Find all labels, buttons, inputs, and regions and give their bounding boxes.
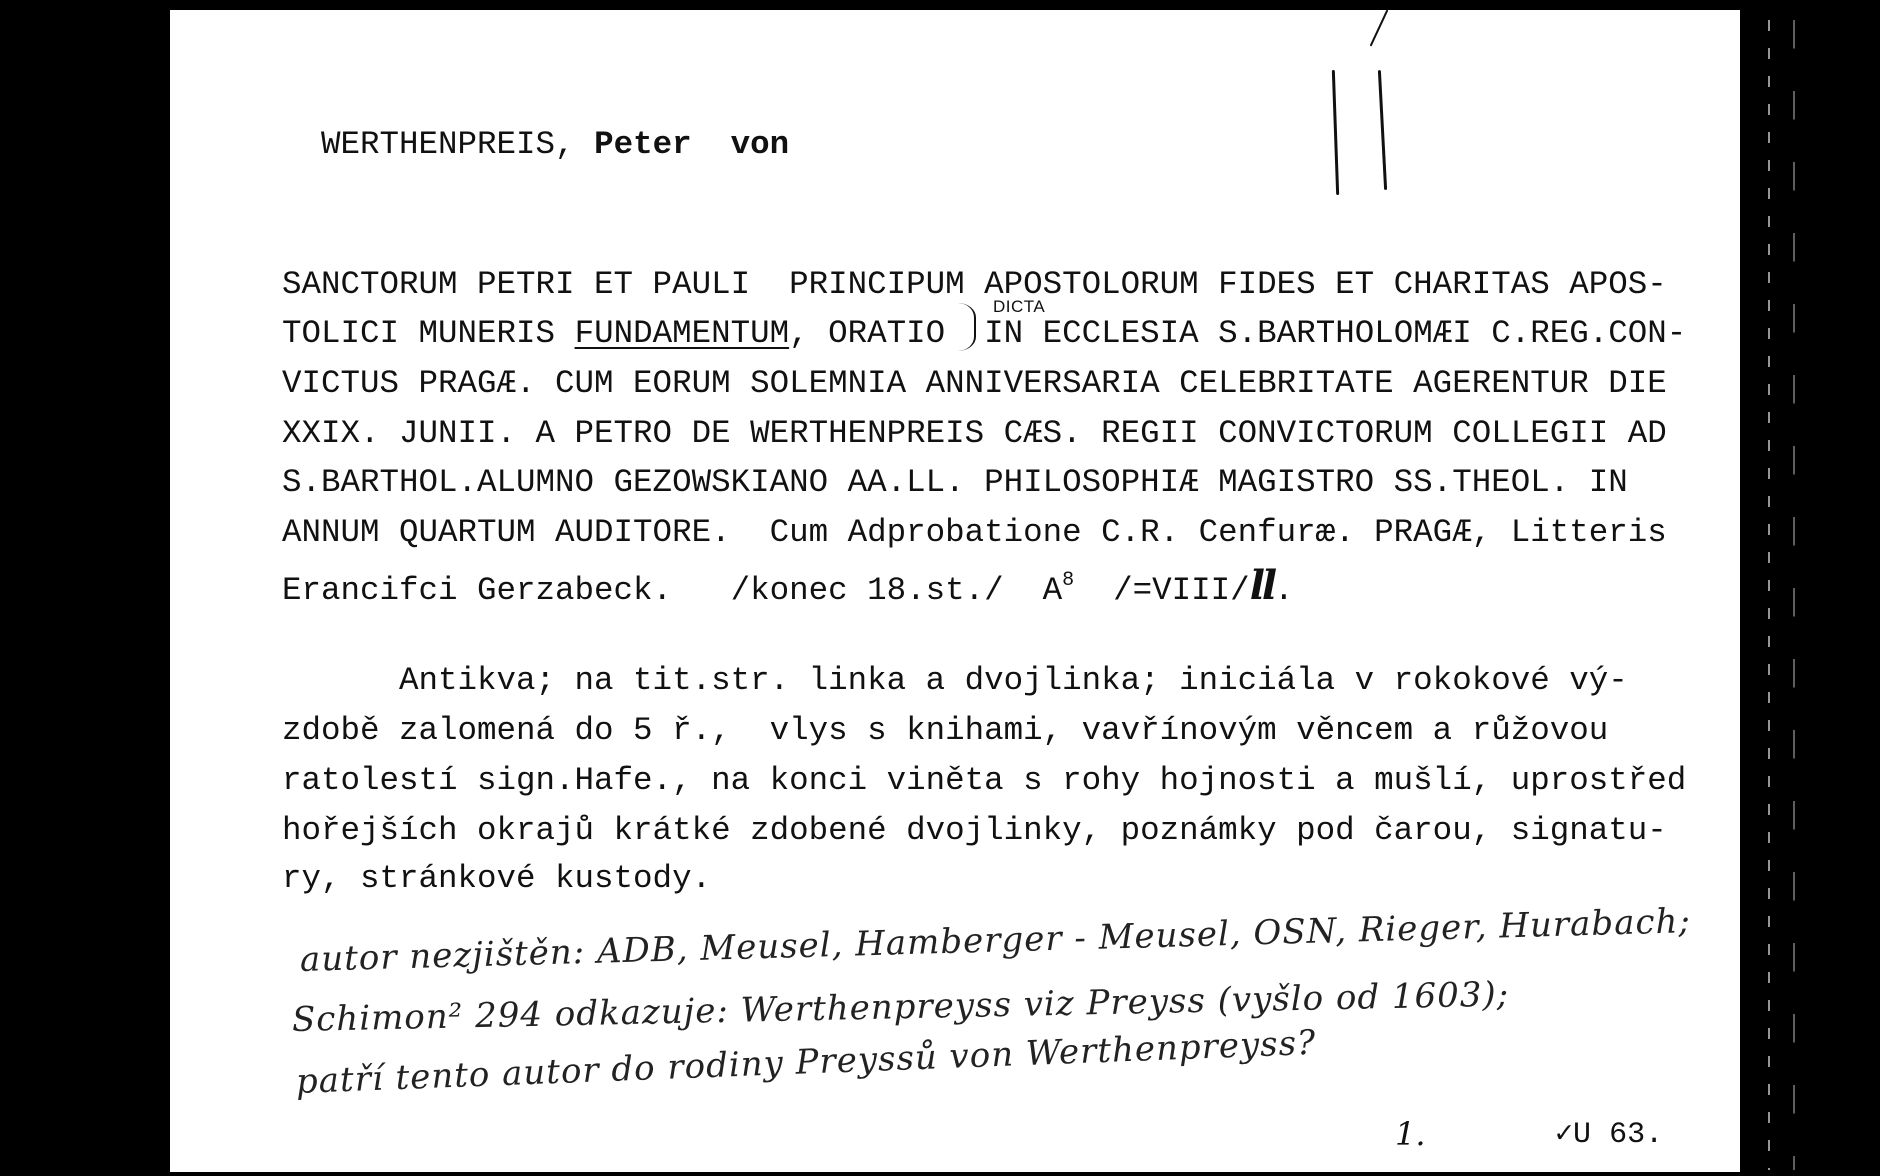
handwritten-insertion: DICTA [993,297,1045,317]
period: . [1274,572,1294,609]
description-line: zdobě zalomená do 5 ř., vlys s knihami, … [282,715,1608,748]
author-surname: WERTHENPREIS, [321,126,575,163]
card-heading: WERTHENPREIS, Peter von [282,96,789,161]
title-line: SANCTORUM PETRI ET PAULI PRINCIPUM APOST… [282,269,1667,302]
title-line-text: ANNUM QUARTUM AUDITORE. Cum Adprobatione… [282,514,1667,551]
title-line-text: XXIX. JUNII. A PETRO DE WERTHENPREIS CÆS… [282,415,1667,452]
description-line: Antikva; na tit.str. linka a dvojlinka; … [282,665,1628,698]
title-line: Erancifci Gerzabeck. /konec 18.st./ A8 /… [282,566,1294,608]
description-line: ratolestí sign.Hafe., na konci viněta s … [282,765,1686,798]
title-line-text: VICTUS PRAGÆ. CUM EORUM SOLEMNIA ANNIVER… [282,365,1667,402]
handwritten-collation: ll [1250,562,1274,609]
signature-superscript: 8 [1062,569,1074,592]
shelfmark: ✓U 63. [1555,1115,1663,1152]
title-line: ANNUM QUARTUM AUDITORE. Cum Adprobatione… [282,517,1667,550]
title-line-text: Erancifci Gerzabeck. /konec 18.st./ A [282,572,1062,609]
title-line: S.BARTHOL.ALUMNO GEZOWSKIANO AA.LL. PHIL… [282,467,1628,500]
folio-number: 1. [1395,1115,1426,1153]
scan-edge-artifact [1768,20,1770,1170]
title-line-text: S.BARTHOL.ALUMNO GEZOWSKIANO AA.LL. PHIL… [282,464,1628,501]
title-line-text: , ORATIO IN ECCLESIA S.BARTHOLOMÆI C.REG… [789,315,1686,352]
title-line: XXIX. JUNII. A PETRO DE WERTHENPREIS CÆS… [282,418,1667,451]
collation-text: /=VIII/ [1074,572,1250,609]
scan-edge-artifact [1793,20,1795,1170]
author-given-name: Peter von [594,126,789,163]
description-line: hořejších okrajů krátké zdobené dvojlink… [282,815,1667,848]
title-line: TOLICI MUNERIS FUNDAMENTUM, ORATIO IN EC… [282,318,1686,351]
title-line: VICTUS PRAGÆ. CUM EORUM SOLEMNIA ANNIVER… [282,368,1667,401]
title-line-text: SANCTORUM PETRI ET PAULI PRINCIPUM APOST… [282,266,1667,303]
insertion-mark [958,303,976,351]
underlined-word: FUNDAMENTUM [575,315,790,352]
title-line-text: TOLICI MUNERIS [282,315,575,352]
description-line: ry, stránkové kustody. [282,863,711,896]
